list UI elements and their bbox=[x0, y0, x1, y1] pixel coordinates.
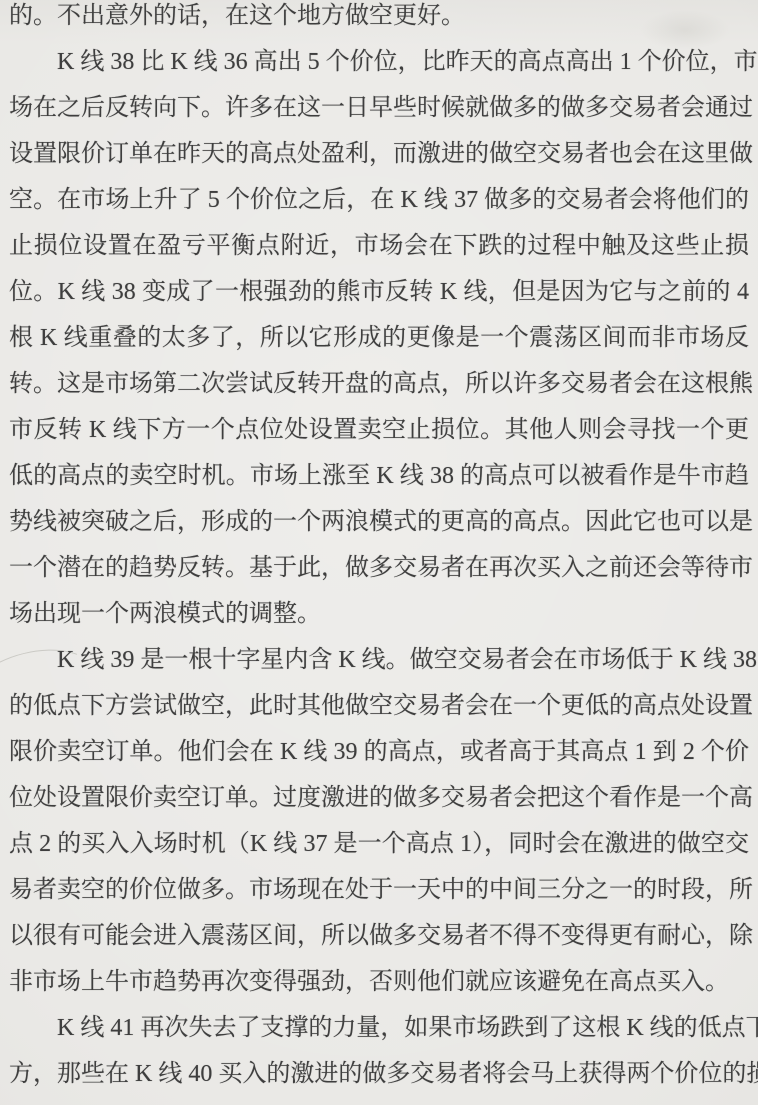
text-line: 点 2 的买入入场时机（K 线 37 是一个高点 1），同时会在激进的做空交 bbox=[9, 821, 749, 867]
text-line: K 线 39 是一根十字星内含 K 线。做空交易者会在市场低于 K 线 38 bbox=[9, 637, 749, 683]
text-line: 场在之后反转向下。许多在这一日早些时候就做多的做多交易者会通过 bbox=[9, 85, 749, 131]
text-line: K 线 38 比 K 线 36 高出 5 个价位，比昨天的高点高出 1 个价位，… bbox=[9, 39, 749, 85]
text-line: 根 K 线重叠的太多了，所以它形成的更像是一个震荡区间而非市场反 bbox=[9, 315, 749, 361]
text-line: 场出现一个两浪模式的调整。 bbox=[9, 591, 749, 637]
text-line: 转。这是市场第二次尝试反转开盘的高点，所以许多交易者会在这根熊 bbox=[9, 361, 749, 407]
text-line: 非市场上牛市趋势再次变得强劲，否则他们就应该避免在高点买入。 bbox=[9, 959, 749, 1005]
text-line: 低的高点的卖空时机。市场上涨至 K 线 38 的高点可以被看作是牛市趋 bbox=[9, 453, 749, 499]
text-line: 的低点下方尝试做空，此时其他做空交易者会在一个更低的高点处设置 bbox=[9, 683, 749, 729]
text-line: 市反转 K 线下方一个点位处设置卖空止损位。其他人则会寻找一个更 bbox=[9, 407, 749, 453]
text-line: 易者卖空的价位做多。市场现在处于一天中的中间三分之一的时段，所 bbox=[9, 867, 749, 913]
text-line: 方，那些在 K 线 40 买入的激进的做多交易者将会马上获得两个价位的损 bbox=[9, 1051, 749, 1097]
text-line: 限价卖空订单。他们会在 K 线 39 的高点，或者高于其高点 1 到 2 个价 bbox=[9, 729, 749, 775]
text-line: 的。不出意外的话，在这个地方做空更好。 bbox=[9, 0, 749, 39]
text-line: K 线 41 再次失去了支撑的力量，如果市场跌到了这根 K 线的低点下 bbox=[9, 1005, 749, 1051]
text-line: 设置限价订单在昨天的高点处盈利，而激进的做空交易者也会在这里做 bbox=[9, 131, 749, 177]
book-page: { "page": { "kind": "scanned-book-page",… bbox=[0, 0, 758, 1105]
text-line: 止损位设置在盈亏平衡点附近，市场会在下跌的过程中触及这些止损 bbox=[9, 223, 749, 269]
text-line: 位。K 线 38 变成了一根强劲的熊市反转 K 线，但是因为它与之前的 4 bbox=[9, 269, 749, 315]
text-line: 以很有可能会进入震荡区间，所以做多交易者不得不变得更有耐心，除 bbox=[9, 913, 749, 959]
text-line: 势线被突破之后，形成的一个两浪模式的更高的高点。因此它也可以是 bbox=[9, 499, 749, 545]
page-text: 的。不出意外的话，在这个地方做空更好。K 线 38 比 K 线 36 高出 5 … bbox=[9, 0, 749, 1097]
text-line: 位处设置限价卖空订单。过度激进的做多交易者会把这个看作是一个高 bbox=[9, 775, 749, 821]
text-line: 空。在市场上升了 5 个价位之后，在 K 线 37 做多的交易者会将他们的 bbox=[9, 177, 749, 223]
text-line: 一个潜在的趋势反转。基于此，做多交易者在再次买入之前还会等待市 bbox=[9, 545, 749, 591]
